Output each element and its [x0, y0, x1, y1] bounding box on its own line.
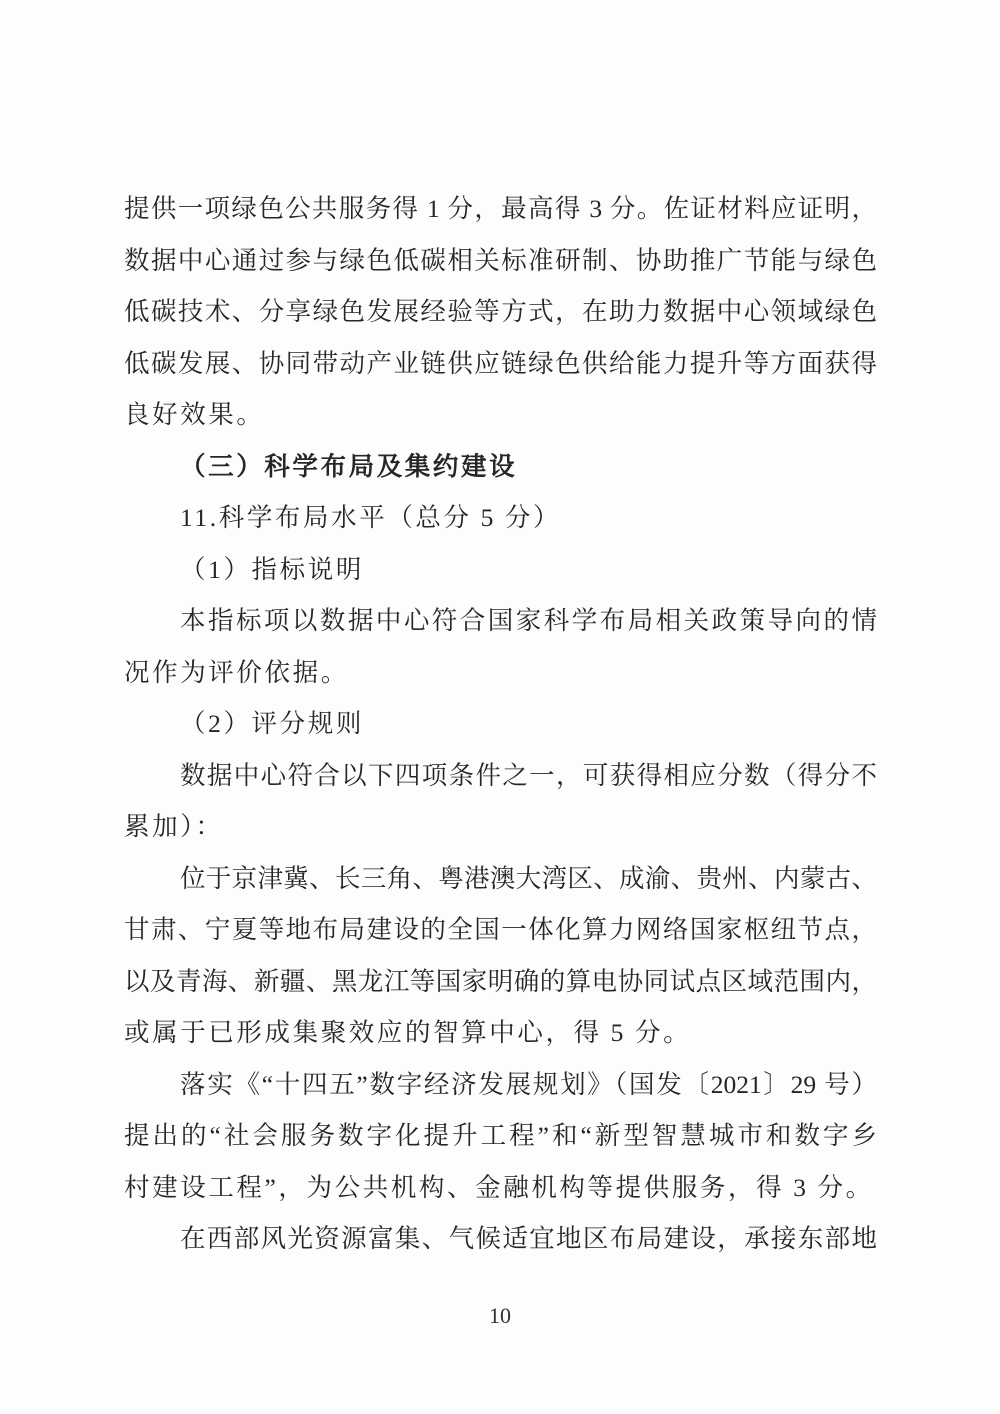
text-line: 在西部风光资源富集、气候适宜地区布局建设，承接东部地 — [124, 1213, 877, 1265]
text-line: 落实《“十四五”数字经济发展规划》（国发〔2021〕29 号） — [124, 1059, 877, 1111]
text-line: 况作为评价依据。 — [124, 647, 877, 699]
text-line: （1）指标说明 — [124, 544, 877, 596]
text-line: 或属于已形成集聚效应的智算中心，得 5 分。 — [124, 1007, 877, 1059]
text-line: 数据中心符合以下四项条件之一，可获得相应分数（得分不 — [124, 750, 877, 802]
text-line: 低碳技术、分享绿色发展经验等方式，在助力数据中心领域绿色 — [124, 286, 877, 338]
text-line: 甘肃、宁夏等地布局建设的全国一体化算力网络国家枢纽节点， — [124, 904, 877, 956]
text-line: 11.科学布局水平（总分 5 分） — [124, 492, 877, 544]
text-line: 低碳发展、协同带动产业链供应链绿色供给能力提升等方面获得 — [124, 338, 877, 390]
text-line: （2）评分规则 — [124, 698, 877, 750]
page-number: 10 — [0, 1303, 1000, 1329]
text-line: 数据中心通过参与绿色低碳相关标准研制、协助推广节能与绿色 — [124, 235, 877, 287]
text-line: 提出的“社会服务数字化提升工程”和“新型智慧城市和数字乡 — [124, 1110, 877, 1162]
text-line: 村建设工程”，为公共机构、金融机构等提供服务，得 3 分。 — [124, 1162, 877, 1214]
document-body: 提供一项绿色公共服务得 1 分，最高得 3 分。佐证材料应证明，数据中心通过参与… — [124, 183, 877, 1265]
text-line: 良好效果。 — [124, 389, 877, 441]
document-page: 提供一项绿色公共服务得 1 分，最高得 3 分。佐证材料应证明，数据中心通过参与… — [0, 0, 1000, 1414]
text-line: 提供一项绿色公共服务得 1 分，最高得 3 分。佐证材料应证明， — [124, 183, 877, 235]
text-line: 累加）： — [124, 801, 877, 853]
text-line: 位于京津冀、长三角、粤港澳大湾区、成渝、贵州、内蒙古、 — [124, 853, 877, 905]
text-line: （三）科学布局及集约建设 — [124, 441, 877, 493]
text-line: 以及青海、新疆、黑龙江等国家明确的算电协同试点区域范围内， — [124, 956, 877, 1008]
text-line: 本指标项以数据中心符合国家科学布局相关政策导向的情 — [124, 595, 877, 647]
